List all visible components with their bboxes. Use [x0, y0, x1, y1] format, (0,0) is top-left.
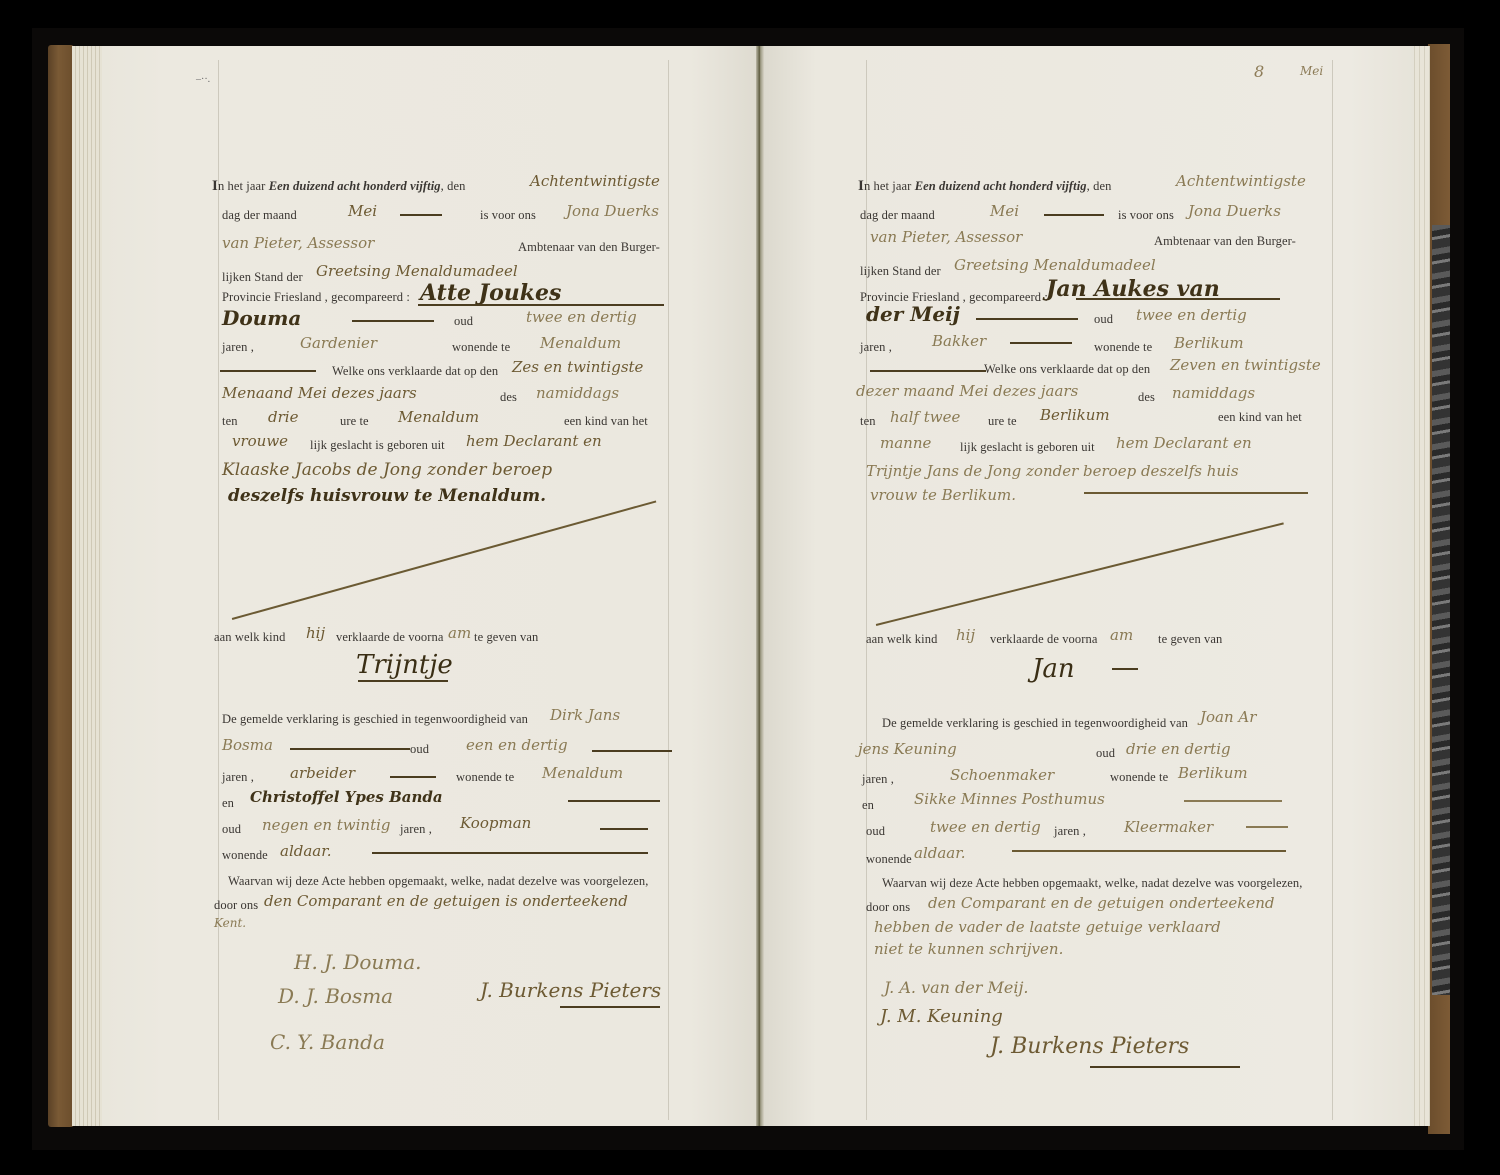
left-child-name: Trijntje — [356, 650, 453, 680]
right-official-line2: van Pieter, Assessor — [870, 228, 1022, 246]
form-oud: oud — [866, 824, 885, 839]
left-right-rule — [668, 60, 669, 1120]
right-witness1-age: drie en dertig — [1126, 740, 1231, 758]
right-birth-month-line: dezer maand Mei dezes jaars — [856, 382, 1078, 400]
form-is-voor-ons: is voor ons — [480, 208, 536, 223]
left-witness2-residence: aldaar. — [280, 842, 332, 860]
fill-line — [1084, 492, 1308, 494]
form-wonende: wonende — [222, 848, 268, 863]
form-is-voor-ons: is voor ons — [1118, 208, 1174, 223]
fill-line — [1012, 850, 1286, 852]
right-signature-official: J. Burkens Pieters — [990, 1034, 1189, 1059]
left-witness1-surname: Bosma — [222, 736, 273, 754]
left-parents-line1: hem Declarant en — [466, 432, 602, 450]
form-provincie: Provincie Friesland , gecompareerd : — [222, 290, 410, 305]
form-ure-te: ure te — [988, 414, 1017, 429]
right-birth-day: Zeven en twintigste — [1170, 356, 1321, 374]
form-ambtenaar: Ambtenaar van den Burger- — [1154, 234, 1296, 249]
right-witness2-residence: aldaar. — [914, 844, 966, 862]
marbled-endpaper — [1432, 225, 1450, 995]
form-des: des — [500, 390, 517, 405]
left-birth-place: Menaldum — [398, 408, 479, 426]
form-gemelde: De gemelde verklaring is geschied in teg… — [222, 712, 528, 727]
fill-line — [1044, 214, 1104, 216]
left-official-line2: van Pieter, Assessor — [222, 234, 374, 252]
form-een-kind: een kind van het — [564, 414, 648, 429]
left-witness1-age: een en dertig — [466, 736, 568, 754]
form-aan-welk-kind: aan welk kind — [214, 630, 285, 645]
left-declarant-age: twee en dertig — [526, 308, 637, 326]
form-wonende-te: wonende te — [1094, 340, 1152, 355]
left-signature-witness1: D. J. Bosma — [278, 984, 393, 1008]
form-oud: oud — [1096, 746, 1115, 761]
right-witness1: Joan Ar — [1200, 708, 1256, 726]
form-ambtenaar: Ambtenaar van den Burger- — [518, 240, 660, 255]
form-aan-welk-kind: aan welk kind — [866, 632, 937, 647]
left-signature-declarant: H. J. Douma. — [294, 950, 422, 974]
right-declarant-age: twee en dertig — [1136, 306, 1247, 324]
fill-line — [390, 776, 436, 778]
corner-mark: ‒··. — [196, 74, 210, 85]
form-jaren: jaren , — [222, 770, 254, 785]
form-te-geven-van: te geven van — [474, 630, 538, 645]
fill-line — [1010, 342, 1072, 344]
left-signature-witness2: C. Y. Banda — [270, 1030, 385, 1054]
declarant-underline — [1076, 298, 1280, 300]
fill-line — [592, 750, 672, 752]
fill-line — [600, 828, 648, 830]
form-jaren: jaren , — [222, 340, 254, 355]
form-oud: oud — [454, 314, 473, 329]
form-waarvan: Waarvan wij deze Acte hebben opgemaakt, … — [882, 876, 1303, 891]
fill-line — [352, 320, 434, 322]
right-parents-line3: vrouw te Berlikum. — [870, 486, 1016, 504]
left-witness2-occupation: Koopman — [460, 814, 531, 832]
form-verklaarde-voornaam: verklaarde de voorna — [336, 630, 444, 645]
right-pronoun: hij — [956, 626, 975, 644]
book-gutter — [756, 46, 764, 1126]
form-door-ons: door ons — [866, 900, 910, 915]
left-declarant: Atte Joukes — [420, 280, 561, 306]
right-signature-declarant: J. A. van der Meij. — [884, 978, 1029, 997]
form-oud: oud — [410, 742, 429, 757]
right-hour: half twee — [890, 408, 960, 426]
form-waarvan: Waarvan wij deze Acte hebben opgemaakt, … — [228, 874, 649, 889]
left-hour: drie — [268, 408, 298, 426]
form-gemelde: De gemelde verklaring is geschied in teg… — [882, 716, 1188, 731]
left-occupation: Gardenier — [300, 334, 377, 352]
left-declarant-surname: Douma — [222, 306, 301, 330]
right-witness1-residence: Berlikum — [1178, 764, 1248, 782]
form-oud: oud — [222, 822, 241, 837]
fill-line — [1184, 800, 1282, 802]
right-child-name: Jan — [1032, 654, 1075, 684]
right-parents-line1: hem Declarant en — [1116, 434, 1252, 452]
left-witness2-age: negen en twintig — [262, 816, 391, 834]
left-sex: vrouwe — [232, 432, 288, 450]
form-wonende: wonende — [866, 852, 912, 867]
form-lijk-geslacht: lijk geslacht is geboren uit — [310, 438, 445, 453]
right-time-of-day: namiddags — [1172, 384, 1255, 402]
form-door-ons: door ons — [214, 898, 258, 913]
right-occupation: Bakker — [932, 332, 986, 350]
form-dag-der-maand: dag der maand — [860, 208, 935, 223]
form-lijken-stand: lijken Stand der — [222, 270, 303, 285]
signature-underline — [560, 1006, 660, 1008]
form-line-1: In het jaar Een duizend acht honderd vij… — [212, 178, 465, 195]
left-birth-day: Zes en twintigste — [512, 358, 643, 376]
form-oud: oud — [1094, 312, 1113, 327]
right-municipality: Greetsing Menaldumadeel — [954, 256, 1156, 274]
form-line-1: In het jaar Een duizend acht honderd vij… — [858, 178, 1111, 195]
fill-line — [1112, 668, 1138, 670]
form-wonende-te: wonende te — [456, 770, 514, 785]
right-parents-line2: Trijntje Jans de Jong zonder beroep desz… — [866, 462, 1239, 480]
left-parents-line3: deszelfs huisvrouw te Menaldum. — [228, 486, 546, 506]
right-witness2-occupation: Kleermaker — [1124, 818, 1213, 836]
right-closing-line3: niet te kunnen schrijven. — [874, 940, 1063, 958]
declarant-underline — [418, 304, 664, 306]
form-dag-der-maand: dag der maand — [222, 208, 297, 223]
form-een-kind: een kind van het — [1218, 410, 1302, 425]
fill-line — [568, 800, 660, 802]
right-birth-place: Berlikum — [1040, 406, 1110, 424]
right-closing-line2: hebben de vader de laatste getuige verkl… — [874, 918, 1221, 936]
right-name-suffix: am — [1110, 626, 1133, 644]
page-mark: Mei — [1300, 64, 1323, 78]
form-jaren: jaren , — [400, 822, 432, 837]
form-jaren: jaren , — [862, 772, 894, 787]
right-witness1-occupation: Schoenmaker — [950, 766, 1054, 784]
right-closing-line1: den Comparant en de getuigen onderteeken… — [928, 894, 1275, 912]
form-des: des — [1138, 390, 1155, 405]
right-right-rule — [1332, 60, 1333, 1120]
left-margin-rule — [218, 60, 219, 1120]
form-welke: Welke ons verklaarde dat op den — [984, 362, 1150, 377]
page-number: 8 — [1254, 62, 1264, 81]
form-jaren: jaren , — [860, 340, 892, 355]
left-pronoun: hij — [306, 624, 325, 642]
left-day: Achtentwintigste — [530, 172, 660, 190]
form-ten: ten — [860, 414, 876, 429]
right-sex: manne — [880, 434, 931, 452]
form-wonende-te: wonende te — [1110, 770, 1168, 785]
fill-line — [220, 370, 316, 372]
fill-line — [400, 214, 442, 216]
fill-line — [1246, 826, 1288, 828]
left-signature-official: J. Burkens Pieters — [480, 978, 661, 1002]
form-wonende-te: wonende te — [452, 340, 510, 355]
right-day: Achtentwintigste — [1176, 172, 1306, 190]
left-witness2: Christoffel Ypes Banda — [250, 788, 443, 806]
right-month: Mei — [990, 202, 1019, 220]
fill-line — [290, 748, 410, 750]
left-witness1-occupation: arbeider — [290, 764, 355, 782]
left-closing-line1: den Comparant en de getuigen is ondertee… — [264, 892, 628, 910]
right-residence: Berlikum — [1174, 334, 1244, 352]
left-birth-month-line: Menaand Mei dezes jaars — [222, 384, 417, 402]
fill-line — [372, 852, 648, 854]
form-jaren: jaren , — [1054, 824, 1086, 839]
left-residence: Menaldum — [540, 334, 621, 352]
left-municipality: Greetsing Menaldumadeel — [316, 262, 518, 280]
form-te-geven-van: te geven van — [1158, 632, 1222, 647]
form-en: en — [862, 798, 874, 813]
right-witness2-age: twee en dertig — [930, 818, 1041, 836]
left-month: Mei — [348, 202, 377, 220]
left-page-stack — [72, 46, 102, 1126]
form-ten: ten — [222, 414, 238, 429]
left-cover-cloth — [48, 45, 74, 1127]
left-name-suffix: am — [448, 624, 471, 642]
right-witness2: Sikke Minnes Posthumus — [914, 790, 1105, 808]
form-verklaarde-voornaam: verklaarde de voorna — [990, 632, 1098, 647]
form-lijken-stand: lijken Stand der — [860, 264, 941, 279]
signature-underline — [1090, 1066, 1240, 1068]
right-signature-witness1: J. M. Keuning — [880, 1006, 1003, 1027]
left-witness1-residence: Menaldum — [542, 764, 623, 782]
right-declarant-surname: der Meij — [866, 302, 960, 326]
right-witness1-surname: jens Keuning — [858, 740, 957, 758]
fill-line — [976, 318, 1078, 320]
form-lijk-geslacht: lijk geslacht is geboren uit — [960, 440, 1095, 455]
form-en: en — [222, 796, 234, 811]
left-witness1: Dirk Jans — [550, 706, 620, 724]
left-parents-line2: Klaaske Jacobs de Jong zonder beroep — [222, 460, 552, 480]
fill-line — [870, 370, 986, 372]
child-name-underline — [358, 680, 448, 682]
right-official: Jona Duerks — [1188, 202, 1281, 220]
form-ure-te: ure te — [340, 414, 369, 429]
left-time-of-day: namiddags — [536, 384, 619, 402]
left-official: Jona Duerks — [566, 202, 659, 220]
left-closing-line2: Kent. — [214, 916, 246, 930]
form-welke: Welke ons verklaarde dat op den — [332, 364, 498, 379]
